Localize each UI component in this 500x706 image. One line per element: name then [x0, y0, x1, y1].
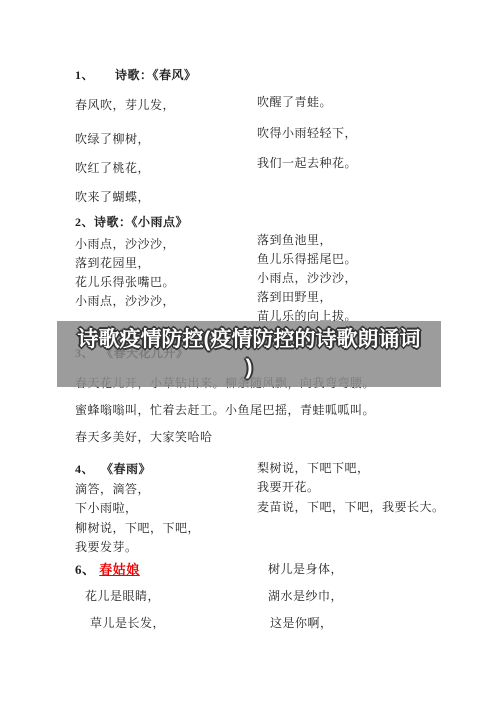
poem-line: 我要开花。 — [257, 481, 320, 494]
watermark-title-line1: 诗歌疫情防控(疫情防控的诗歌朗诵词 — [78, 326, 421, 354]
poem-line: 花儿是眼睛， — [85, 590, 160, 603]
poem-line: 春风吹，芽儿发， — [75, 99, 175, 112]
poem-line: 吹醒了青蛙。 — [257, 96, 332, 109]
poem-line: 小雨点，沙沙沙， — [75, 238, 175, 251]
poem-line: 落到花园里， — [75, 257, 150, 270]
poem-line: 花儿乐得张嘴巴。 — [75, 276, 175, 289]
poem-line: 我们一起去种花。 — [257, 157, 357, 170]
poem-line: 落到田野里， — [257, 291, 332, 304]
poem-2-heading: 2、诗歌：《小雨点》 — [75, 216, 188, 229]
poem-line: 树儿是身体， — [268, 563, 343, 576]
poem-line: 湖水是纱巾， — [268, 590, 343, 603]
poem-line: 鱼儿乐得摇尾巴。 — [257, 253, 357, 266]
poem-line: 这是你啊， — [270, 617, 333, 630]
poem-line: 吹绿了柳树， — [75, 133, 150, 146]
poem-line: 吹得小雨轻轻下， — [257, 127, 357, 140]
poem-6-heading-title: 春姑娘 — [99, 562, 140, 577]
poem-line: 草儿是长发， — [90, 617, 165, 630]
poem-line: 小雨点，沙沙沙， — [257, 272, 357, 285]
poem-4-heading: 4、 《春雨》 — [75, 463, 151, 476]
poem-line: 梨树说，下吧下吧， — [257, 462, 370, 475]
poem-1-heading: 1、 诗歌：《春风》 — [75, 69, 197, 82]
watermark-title-line2: ) — [246, 354, 253, 382]
poem-line: 吹来了蝴蝶， — [75, 191, 150, 204]
poem-line: 落到鱼池里， — [257, 234, 332, 247]
poem-line: 下小雨啦， — [75, 502, 138, 515]
poem-6-heading: 6、 春姑娘 — [75, 563, 140, 576]
poem-line: 麦苗说，下吧，下吧，我要长大。 — [257, 501, 445, 514]
poem-line: 滴答，滴答， — [75, 483, 150, 496]
document-page: 1、 诗歌：《春风》 春风吹，芽儿发， 吹绿了柳树， 吹红了桃花， 吹来了蝴蝶，… — [0, 0, 500, 706]
poem-line: 春天多美好，大家笑哈哈 — [75, 431, 213, 444]
poem-line: 蜜蜂嗡嗡叫，忙着去赶工。小鱼尾巴摇，青蛙呱呱叫。 — [75, 404, 375, 417]
poem-line: 吹红了桃花， — [75, 162, 150, 175]
poem-6-heading-number: 6、 — [75, 562, 99, 577]
watermark-banner: 诗歌疫情防控(疫情防控的诗歌朗诵词 ) — [57, 321, 441, 387]
poem-line: 我要发芽。 — [75, 541, 138, 554]
poem-line: 柳树说，下吧，下吧， — [75, 522, 200, 535]
poem-line: 小雨点，沙沙沙， — [75, 295, 175, 308]
